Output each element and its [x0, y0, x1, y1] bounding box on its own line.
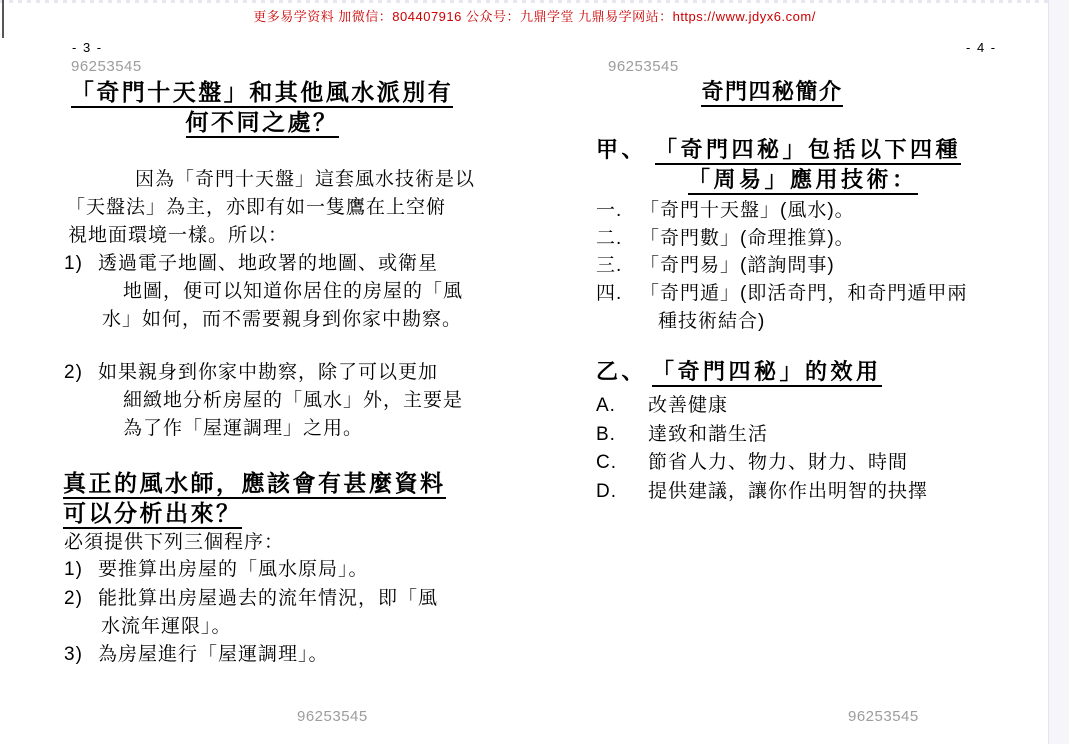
procedure-line: 為房屋進行「屋運調理」。	[98, 643, 329, 667]
list-item-number: 三.	[596, 254, 622, 278]
header-promo-text: 更多易学资料 加微信：804407916 公众号：九鼎学堂 九鼎易学网站：htt…	[0, 6, 1069, 25]
procedure-number: 1)	[64, 558, 83, 582]
procedure-line: 能批算出房屋過去的流年情況，即「風	[98, 587, 438, 611]
right-page-title: 奇門四秘簡介	[607, 78, 937, 106]
list-item-number: A.	[596, 394, 616, 418]
list-item-line: 透過電子地圖、地政署的地圖、或衛星	[98, 252, 438, 276]
list-item-text: 達致和諧生活	[648, 423, 768, 447]
list-item-number: 2)	[64, 361, 83, 385]
watermark-bottom-right: 96253545	[848, 708, 919, 727]
list-item-line: 水」如何，而不需要親身到你家中勘察。	[102, 308, 462, 332]
page-number-right: - 4 -	[966, 40, 997, 56]
list-item-line: 種技術結合)	[658, 310, 765, 334]
list-item-line: 「奇門遁」(即活奇門，和奇門遁甲兩	[640, 282, 967, 306]
page-number-left: - 3 -	[72, 40, 103, 56]
list-item-number: D.	[596, 480, 617, 504]
procedures-intro: 必須提供下列三個程序：	[64, 531, 284, 555]
list-item-text: 節省人力、物力、財力、時間	[648, 451, 908, 475]
section-b-heading: 「奇門四秘」的效用	[652, 358, 882, 386]
procedure-line: 要推算出房屋的「風水原局」。	[98, 558, 369, 582]
left-heading2-line-2: 可以分析出來？	[63, 499, 242, 528]
list-item-number: 二.	[596, 227, 622, 251]
list-item-text: 提供建議，讓你作出明智的抉擇	[648, 480, 928, 504]
list-item-text: 改善健康	[648, 394, 728, 418]
left-title-line-1: 「奇門十天盤」和其他風水派別有	[60, 78, 464, 107]
right-panel-strip	[1048, 0, 1069, 744]
section-a-label: 甲、	[596, 136, 647, 164]
intro-line: 「天盤法」為主，亦即有如一隻鷹在上空俯	[66, 196, 446, 220]
top-edge-dotted-border	[0, 0, 1069, 3]
watermark-top-right: 96253545	[608, 58, 679, 77]
list-item-line: 「奇門數」(命理推算)。	[640, 227, 855, 251]
list-item-line: 「奇門易」(諮詢問事)	[640, 254, 835, 278]
left-heading2-line-1: 真正的風水師，應該會有甚麼資料	[63, 469, 446, 498]
list-item-number: 1)	[64, 252, 83, 276]
list-item-line: 為了作「屋運調理」之用。	[123, 417, 363, 441]
list-item-number: 一.	[596, 199, 622, 223]
watermark-bottom-left: 96253545	[297, 708, 368, 727]
list-item-line: 地圖，便可以知道你居住的房屋的「風	[123, 280, 463, 304]
section-a-heading-line-2: 「周易」應用技術：	[688, 166, 918, 194]
section-a-heading-line-1: 「奇門四秘」包括以下四種	[655, 136, 961, 164]
list-item-line: 如果親身到你家中勘察，除了可以更加	[98, 361, 438, 385]
list-item-number: B.	[596, 423, 616, 447]
list-item-number: 四.	[596, 282, 622, 306]
procedure-number: 2)	[64, 587, 83, 611]
left-title-line-2: 何不同之處？	[60, 108, 464, 137]
intro-line: 視地面環境一樣。所以：	[68, 224, 288, 248]
section-b-label: 乙、	[596, 358, 647, 386]
procedure-line: 水流年運限」。	[101, 615, 232, 639]
list-item-line: 「奇門十天盤」(風水)。	[640, 199, 855, 223]
list-item-number: C.	[596, 451, 617, 475]
watermark-top-left: 96253545	[71, 58, 142, 77]
list-item-line: 細緻地分析房屋的「風水」外，主要是	[123, 389, 463, 413]
procedure-number: 3)	[64, 643, 83, 667]
intro-line: 因為「奇門十天盤」這套風水技術是以	[135, 168, 475, 192]
